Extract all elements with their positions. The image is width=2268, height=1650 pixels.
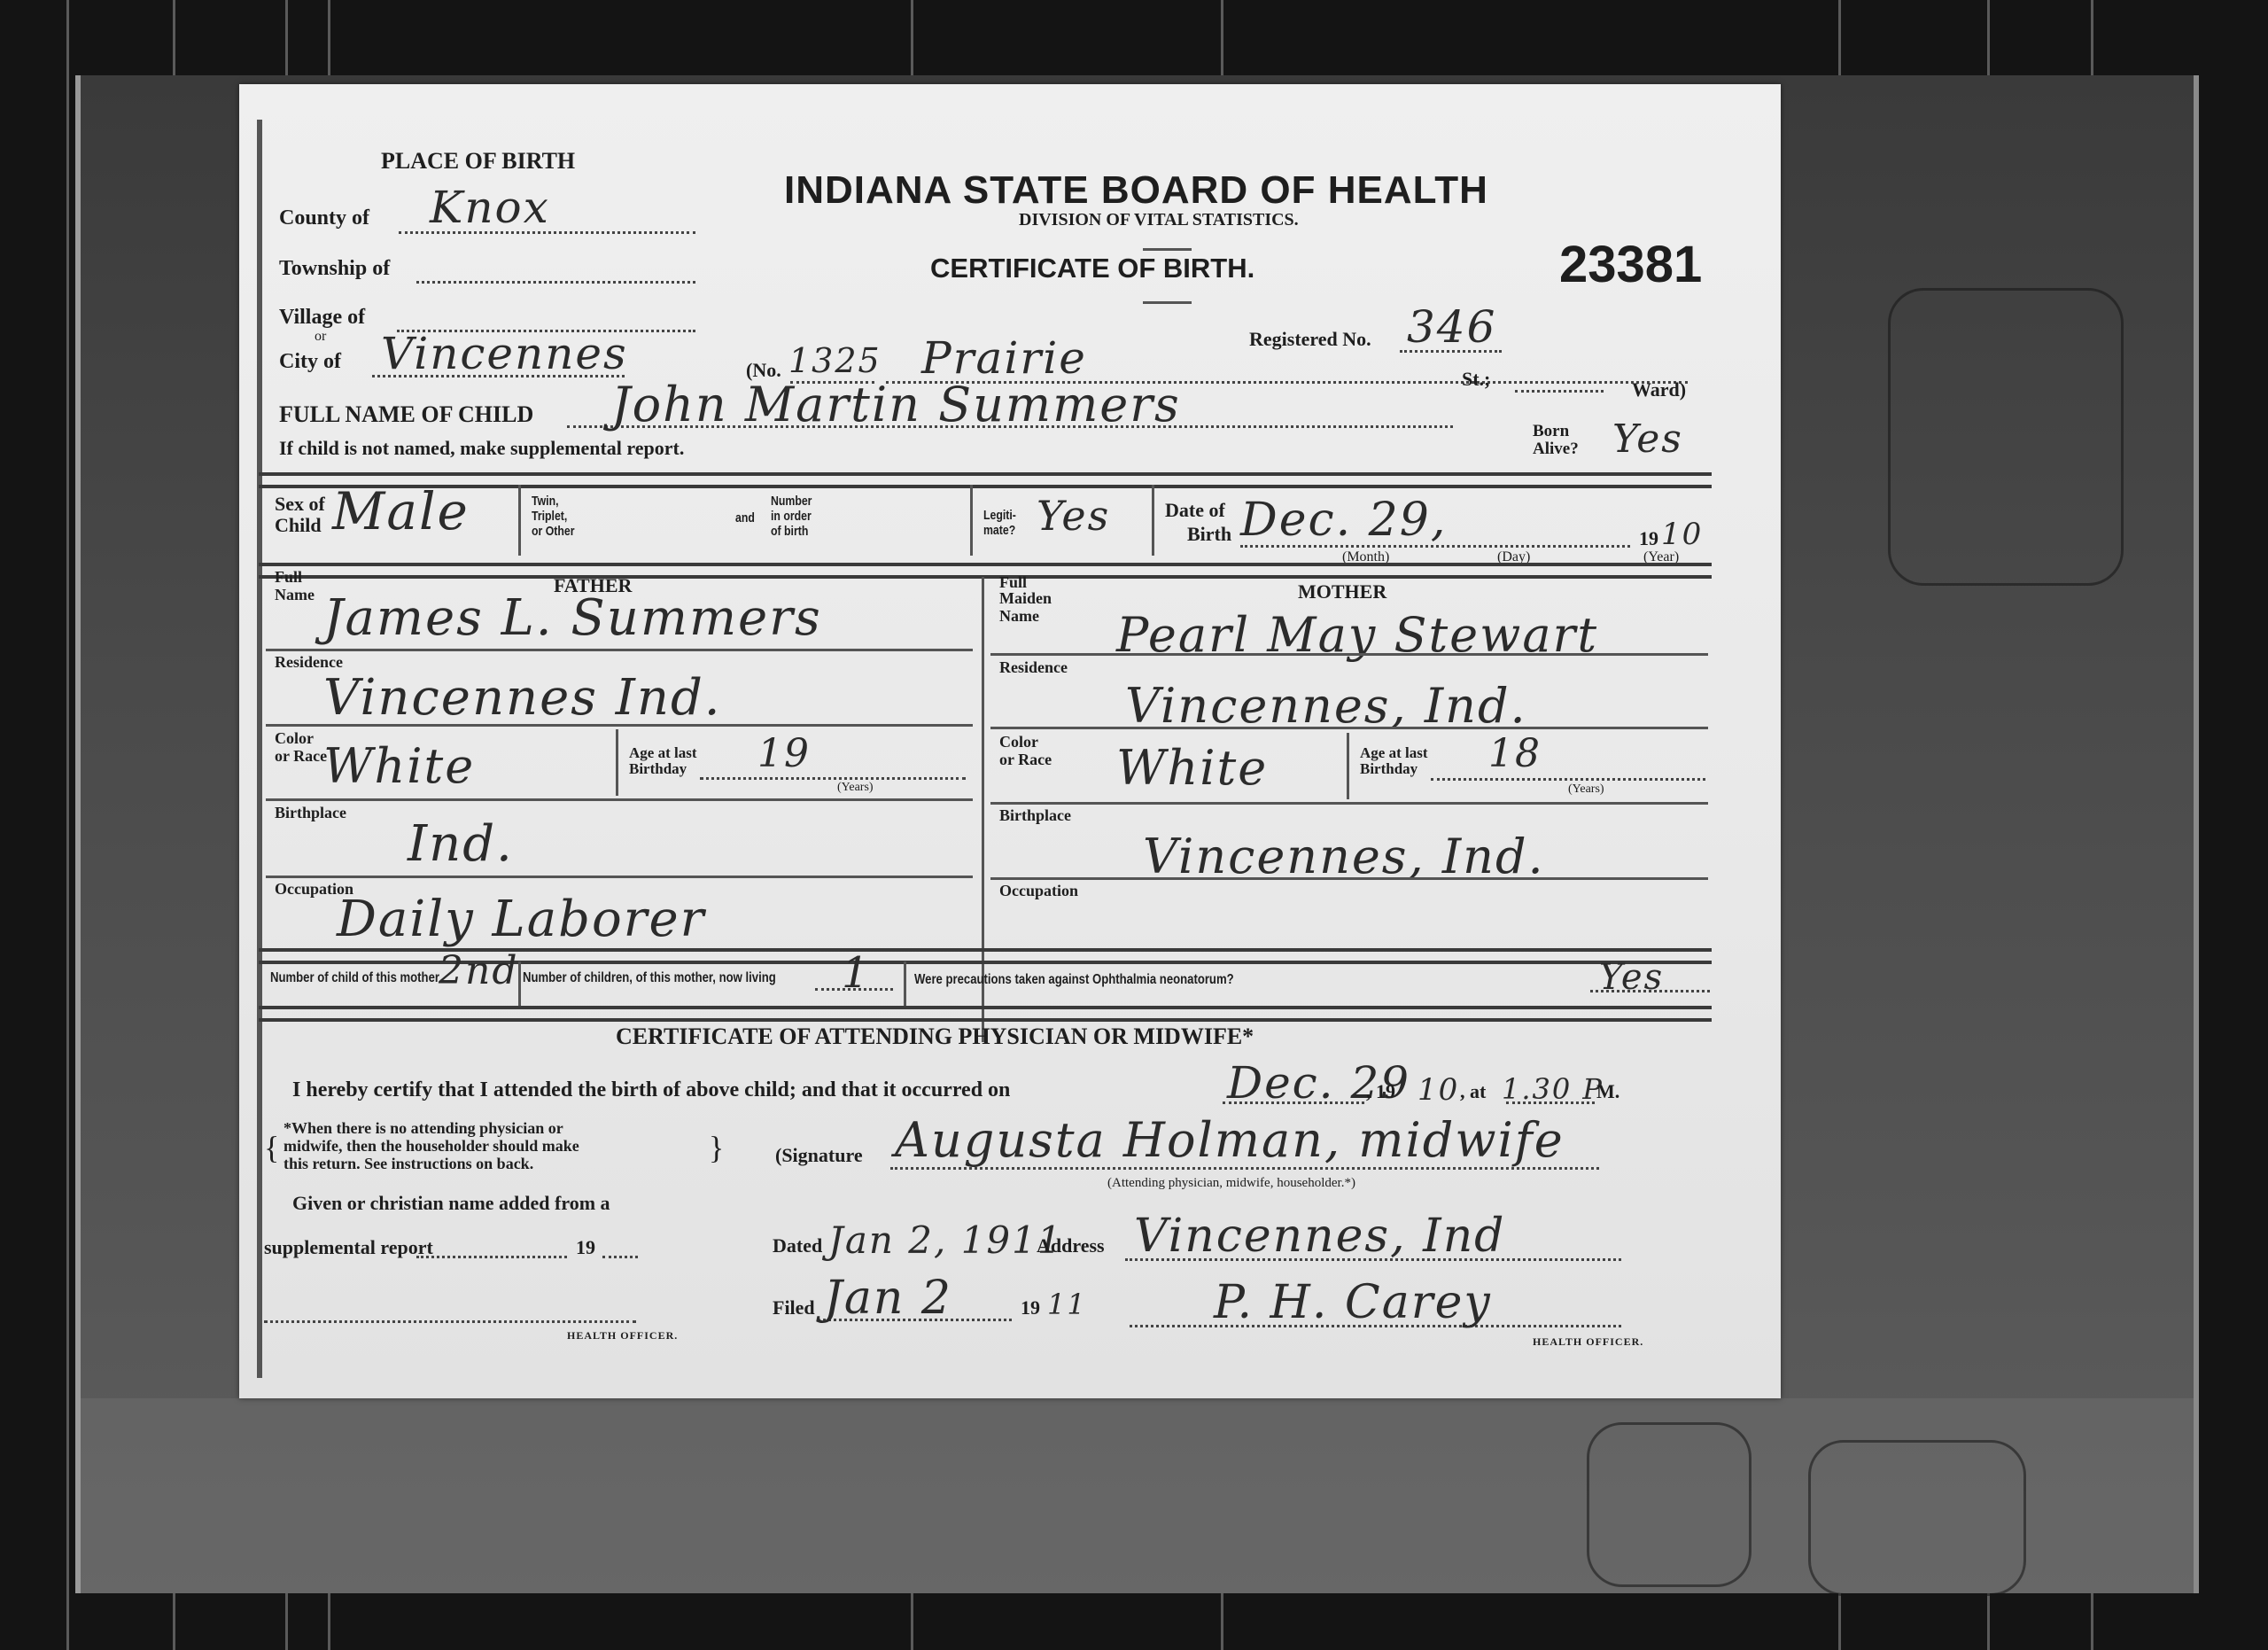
signature-value: Augusta Holman, midwife: [895, 1112, 1565, 1168]
child-number-value: 2nd: [439, 948, 519, 993]
father-age-label-2: Birthday: [629, 760, 687, 778]
father-age-line: [700, 777, 966, 780]
ward-label: Ward): [1632, 378, 1686, 401]
father-race-label-2: or Race: [275, 747, 327, 766]
mother-race-label-1: Color: [999, 733, 1038, 751]
m-label: M.: [1596, 1080, 1619, 1103]
father-name-label-2: Name: [275, 586, 315, 604]
township-label: Township of: [279, 257, 390, 281]
field-divider: [616, 729, 618, 796]
certificate-number: 23381: [1559, 235, 1702, 294]
filed-year-prefix: 19: [1021, 1296, 1040, 1319]
village-label: Village of: [279, 306, 365, 330]
ophthalmia-value: Yes: [1599, 957, 1664, 998]
given-year-label: 19: [576, 1236, 595, 1259]
row-divider: [904, 961, 906, 1006]
mother-years-caption: (Years): [1568, 782, 1604, 797]
order-label-2: in order: [771, 509, 812, 524]
registered-no-label: Registered No.: [1249, 328, 1371, 351]
agency-title: INDIANA STATE BOARD OF HEALTH: [784, 168, 1488, 213]
dob-value: Dec. 29,: [1240, 494, 1447, 547]
legit-label-2: mate?: [983, 523, 1015, 538]
twin-label-2: Triplet,: [532, 509, 567, 524]
dob-label-1: Date of: [1165, 499, 1225, 522]
filed-year-value: 11: [1047, 1288, 1087, 1321]
order-label-1: Number: [771, 494, 812, 509]
registered-no-value: 346: [1407, 301, 1496, 353]
child-name-label: FULL NAME OF CHILD: [279, 401, 533, 428]
address-label: Address: [1037, 1234, 1105, 1257]
mother-name-label-2: Maiden: [999, 589, 1052, 608]
legitimate-value: Yes: [1037, 492, 1110, 540]
title-rule-top: [1143, 248, 1192, 251]
filed-value: Jan 2: [824, 1272, 952, 1325]
mother-residence-label: Residence: [999, 658, 1068, 677]
footnote-line-2: midwife, then the householder should mak…: [283, 1137, 579, 1155]
field-rule: [266, 724, 973, 727]
mother-occupation-label: Occupation: [999, 882, 1078, 900]
section-divider: [259, 563, 1712, 579]
row-divider: [518, 485, 521, 556]
born-alive-label-2: Alive?: [1533, 440, 1579, 458]
footnote-line-3: this return. See instructions on back.: [283, 1155, 533, 1172]
dob-label-2: Birth: [1187, 523, 1231, 546]
ward-line: [1515, 390, 1604, 393]
living-label: Number of children, of this mother, now …: [523, 970, 776, 986]
county-label: County of: [279, 206, 369, 230]
twin-label-3: or Other: [532, 524, 575, 539]
field-rule: [266, 649, 973, 651]
county-value: Knox: [430, 182, 550, 233]
child-number-label: Number of child of this mother: [270, 970, 439, 986]
health-officer-signature: P. H. Carey: [1214, 1276, 1492, 1329]
or-label: or: [315, 329, 326, 345]
father-residence-value: Vincennes Ind.: [323, 669, 722, 727]
film-scratch: [66, 0, 69, 1650]
mother-name-label-3: Name: [999, 607, 1039, 626]
father-name-label-1: Full: [275, 568, 302, 586]
sleeve-stain: [1888, 288, 2124, 586]
footnote-line-1: *When there is no attending physician or: [283, 1119, 563, 1137]
born-alive-value: Yes: [1612, 416, 1683, 462]
field-rule: [990, 802, 1708, 805]
mother-age-line: [1431, 778, 1705, 781]
field-rule: [266, 876, 973, 878]
section-divider: [259, 472, 1712, 488]
given-year-line: [602, 1256, 638, 1258]
time-value: 1.30 P: [1502, 1072, 1604, 1106]
certify-text: I hereby certify that I attended the bir…: [292, 1078, 1010, 1102]
living-value: 1: [842, 948, 871, 998]
twin-label-1: Twin,: [532, 494, 559, 509]
title-rule-bottom: [1143, 301, 1192, 304]
order-label-3: of birth: [771, 524, 808, 539]
signature-label: (Signature: [775, 1144, 863, 1167]
mother-race-label-2: or Race: [999, 751, 1052, 769]
and-label: and: [735, 510, 755, 527]
place-of-birth-title: PLACE OF BIRTH: [381, 148, 575, 175]
division-title: DIVISION OF VITAL STATISTICS.: [1019, 210, 1299, 230]
mother-section-title: MOTHER: [1298, 580, 1386, 603]
given-name-label-2: supplemental report: [264, 1236, 433, 1259]
address-value: Vincennes, Ind: [1134, 1210, 1505, 1263]
dated-label: Dated: [773, 1234, 822, 1257]
dob-year-value: 10: [1661, 517, 1703, 552]
card-left-rule: [257, 120, 262, 1378]
mother-birthplace-value: Vincennes, Ind.: [1143, 829, 1545, 884]
sex-label-2: Child: [275, 515, 322, 536]
father-birthplace-value: Ind.: [408, 815, 514, 873]
st-label: St.;: [1462, 368, 1490, 391]
given-name-line: [416, 1256, 567, 1258]
born-alive-label-1: Born: [1533, 423, 1569, 440]
health-officer-caption-right: HEALTH OFFICER.: [1533, 1335, 1643, 1349]
field-divider: [1347, 733, 1349, 799]
row-divider: [518, 961, 521, 1006]
mother-race-value: White: [1116, 740, 1268, 796]
ophthalmia-label: Were precautions taken against Ophthalmi…: [914, 972, 1234, 988]
dob-year-prefix: 19: [1639, 527, 1658, 550]
legit-label-1: Legiti-: [983, 508, 1016, 523]
attendant-title: CERTIFICATE OF ATTENDING PHYSICIAN OR MI…: [616, 1023, 1254, 1050]
city-value: Vincennes: [381, 328, 628, 379]
footnote-brace-left: {: [264, 1112, 279, 1183]
city-label: City of: [279, 350, 341, 374]
child-name-value: John Martin Summers: [611, 377, 1181, 432]
at-label: , at: [1460, 1080, 1486, 1103]
father-occupation-value: Daily Laborer: [337, 891, 705, 948]
mother-residence-value: Vincennes, Ind.: [1125, 678, 1527, 734]
row-divider: [1152, 485, 1154, 556]
father-age-label-1: Age at last: [629, 744, 696, 762]
filed-label: Filed: [773, 1296, 815, 1319]
sleeve-stain: [1808, 1440, 2026, 1596]
field-rule: [990, 877, 1708, 880]
father-years-caption: (Years): [837, 781, 874, 795]
sex-label-1: Sex of: [275, 494, 325, 515]
unnamed-note: If child is not named, make supplemental…: [279, 437, 684, 460]
document-title: CERTIFICATE OF BIRTH.: [930, 253, 1254, 284]
field-rule: [990, 653, 1708, 656]
given-name-label-1: Given or christian name added from a: [292, 1192, 610, 1215]
section-divider: [259, 1006, 1712, 1022]
health-officer-line-left: [264, 1320, 636, 1323]
field-rule: [990, 727, 1708, 729]
mother-name-label-1: Full: [999, 573, 1027, 591]
father-birthplace-label: Birthplace: [275, 804, 346, 822]
street-no-value: 1325: [788, 341, 882, 380]
sex-value: Male: [332, 481, 470, 541]
occurred-year-prefix: , 19: [1366, 1080, 1395, 1103]
sleeve-stain: [1587, 1422, 1751, 1587]
father-race-value: White: [323, 738, 475, 794]
row-divider: [970, 485, 973, 556]
mother-age-value: 18: [1488, 731, 1542, 776]
father-age-value: 19: [757, 731, 811, 776]
township-line: [416, 281, 695, 284]
signature-caption: (Attending physician, midwife, household…: [1107, 1176, 1355, 1191]
occurred-year-value: 10: [1417, 1072, 1459, 1108]
birth-certificate: PLACE OF BIRTH County of Knox Township o…: [239, 84, 1781, 1398]
mother-age-label-2: Birthday: [1360, 760, 1417, 778]
field-rule: [266, 798, 973, 801]
health-officer-caption-left: HEALTH OFFICER.: [567, 1329, 678, 1343]
father-name-value: James L. Summers: [323, 589, 822, 647]
dated-value: Jan 2, 1911: [828, 1218, 1063, 1262]
mother-age-label-1: Age at last: [1360, 744, 1427, 762]
mother-birthplace-label: Birthplace: [999, 806, 1071, 825]
footnote-brace-right: }: [709, 1112, 724, 1183]
father-race-label-1: Color: [275, 729, 314, 748]
